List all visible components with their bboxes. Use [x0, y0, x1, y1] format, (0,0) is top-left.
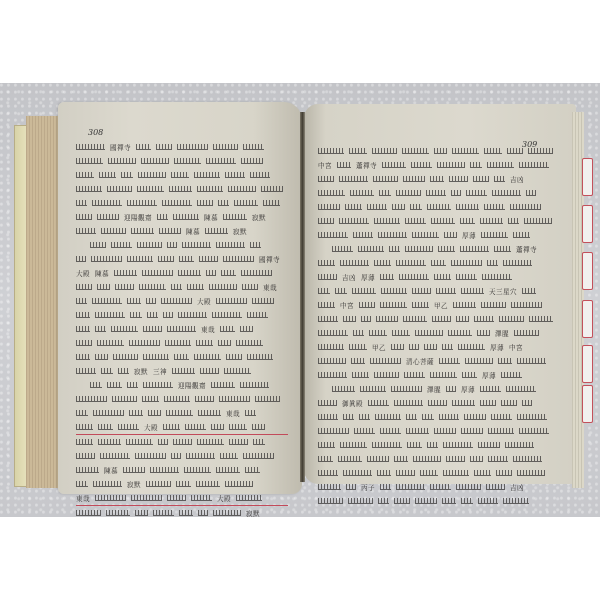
- handwriting-word: [484, 204, 505, 210]
- handwriting-word: [499, 316, 525, 322]
- handwriting-word: [138, 172, 166, 178]
- handwriting-word: [236, 495, 262, 501]
- handwriting-word: [206, 270, 216, 276]
- handwritten-line: 國禪寺: [76, 252, 288, 266]
- handwriting-word: [456, 316, 469, 322]
- handwriting-word: [430, 372, 457, 378]
- hanja-snippet: 東哉: [226, 408, 240, 418]
- handwriting-word: [97, 340, 124, 346]
- handwriting-word: [143, 354, 169, 360]
- handwriting-word: [373, 176, 398, 182]
- handwriting-word: [496, 470, 512, 476]
- handwriting-word: [430, 176, 444, 182]
- index-tab: [582, 205, 593, 243]
- handwriting-word: [100, 453, 130, 459]
- handwriting-word: [223, 256, 254, 262]
- handwriting-word: [171, 284, 182, 290]
- handwriting-word: [196, 481, 220, 487]
- handwritten-line: [318, 186, 558, 200]
- hanja-snippet: 吉凶: [510, 482, 524, 492]
- handwriting-word: [394, 456, 408, 462]
- handwriting-word: [76, 453, 95, 459]
- handwriting-word: [95, 354, 108, 360]
- handwriting-word: [197, 439, 224, 445]
- handwriting-word: [484, 148, 502, 154]
- handwritten-line: 東哉: [76, 406, 288, 420]
- handwriting-word: [178, 270, 201, 276]
- handwriting-word: [470, 456, 483, 462]
- handwriting-word: [146, 298, 156, 304]
- handwriting-word: [335, 288, 347, 294]
- handwriting-word: [173, 214, 199, 220]
- handwriting-word: [245, 467, 260, 473]
- handwriting-word: [137, 242, 162, 248]
- handwriting-word: [212, 312, 242, 318]
- handwritten-line: 國禪寺: [76, 140, 288, 154]
- handwriting-word: [461, 428, 483, 434]
- handwriting-word: [318, 288, 330, 294]
- hanja-snippet: 中宮: [340, 300, 354, 310]
- handwriting-word: [250, 242, 261, 248]
- handwriting-word: [147, 312, 158, 318]
- hanja-snippet: 陳慕: [95, 268, 109, 278]
- book-gutter: [300, 112, 305, 482]
- hanja-snippet: 中宮: [509, 342, 523, 352]
- handwritten-line: 澤腥厚薄: [318, 382, 558, 396]
- handwritten-line: 中宮蕭禪寺: [318, 158, 558, 172]
- handwriting-word: [510, 204, 541, 210]
- handwriting-word: [511, 302, 542, 308]
- handwriting-word: [369, 330, 387, 336]
- handwriting-word: [213, 510, 241, 516]
- handwriting-word: [198, 510, 208, 516]
- handwritten-line: [318, 438, 558, 452]
- handwritten-line: 蕭禪寺: [318, 242, 558, 256]
- index-tab: [582, 300, 593, 338]
- handwriting-word: [185, 424, 206, 430]
- handwriting-word: [359, 302, 375, 308]
- handwriting-word: [461, 498, 473, 504]
- handwritten-line: [318, 312, 558, 326]
- handwriting-word: [198, 410, 221, 416]
- handwritten-line: 寂默: [76, 477, 288, 491]
- handwriting-word: [437, 162, 465, 168]
- hanja-snippet: 大殿: [197, 296, 211, 306]
- handwriting-word: [360, 386, 386, 392]
- handwriting-word: [98, 439, 121, 445]
- handwriting-word: [174, 158, 201, 164]
- handwriting-word: [76, 510, 101, 516]
- handwriting-word: [218, 200, 229, 206]
- hanja-snippet: 陳慕: [204, 212, 218, 222]
- handwriting-word: [394, 400, 423, 406]
- handwriting-word: [95, 312, 125, 318]
- handwriting-word: [318, 330, 348, 336]
- hanja-snippet: 天三星穴: [489, 286, 517, 296]
- handwriting-word: [481, 232, 508, 238]
- handwriting-word: [225, 172, 245, 178]
- handwriting-word: [90, 382, 102, 388]
- handwriting-word: [169, 186, 191, 192]
- handwriting-word: [372, 148, 397, 154]
- hanja-snippet: 厚薄: [482, 370, 496, 380]
- handwriting-word: [150, 467, 179, 473]
- handwriting-word: [127, 382, 138, 388]
- handwriting-word: [165, 340, 191, 346]
- handwriting-word: [505, 442, 534, 448]
- handwriting-word: [338, 456, 362, 462]
- handwriting-word: [378, 498, 389, 504]
- hanja-snippet: 厚薄: [461, 384, 475, 394]
- hanja-snippet: 甲乙: [372, 342, 386, 352]
- handwriting-word: [345, 204, 362, 210]
- handwriting-word: [318, 148, 344, 154]
- handwriting-word: [339, 218, 369, 224]
- handwriting-word: [318, 204, 340, 210]
- handwriting-word: [452, 400, 475, 406]
- handwriting-word: [343, 316, 357, 322]
- handwriting-word: [434, 148, 448, 154]
- handwriting-word: [353, 232, 373, 238]
- handwriting-word: [255, 396, 280, 402]
- handwriting-word: [76, 144, 105, 150]
- handwriting-word: [460, 218, 475, 224]
- handwriting-word: [514, 330, 539, 336]
- handwriting-word: [431, 260, 446, 266]
- handwriting-word: [351, 358, 365, 364]
- handwritten-line: [318, 494, 558, 508]
- hanja-snippet: 御眞殿: [342, 398, 363, 408]
- hanja-snippet: 甲乙: [434, 300, 448, 310]
- handwriting-word: [76, 186, 102, 192]
- handwritten-line: 東哉: [76, 322, 288, 336]
- handwriting-word: [487, 260, 498, 266]
- handwriting-word: [135, 453, 166, 459]
- hanja-snippet: 澤腥: [427, 384, 441, 394]
- handwriting-word: [392, 330, 410, 336]
- handwriting-word: [171, 453, 181, 459]
- handwriting-word: [431, 218, 455, 224]
- handwriting-word: [448, 330, 472, 336]
- handwriting-word: [339, 176, 368, 182]
- handwriting-word: [396, 484, 425, 490]
- handwriting-word: [107, 382, 122, 388]
- handwriting-word: [197, 186, 223, 192]
- handwriting-word: [216, 242, 245, 248]
- handwriting-word: [142, 396, 159, 402]
- handwriting-word: [245, 410, 256, 416]
- handwritten-line: [318, 256, 558, 270]
- handwriting-word: [382, 162, 406, 168]
- handwritten-line: 甲乙厚薄中宮: [318, 340, 558, 354]
- hanja-snippet: 吉凶: [342, 272, 356, 282]
- hanja-snippet: 三神: [153, 366, 167, 376]
- hanja-snippet: 厚薄: [462, 230, 476, 240]
- handwriting-word: [173, 439, 192, 445]
- handwriting-word: [415, 498, 437, 504]
- handwriting-word: [517, 358, 546, 364]
- handwriting-word: [378, 232, 407, 238]
- left-page: 308 國禪寺迎陽觀齋陳慕寂默陳慕寂默國禪寺大殿陳慕東哉大殿東哉寂默三神迎陽觀齋…: [58, 102, 302, 494]
- handwriting-word: [76, 256, 86, 262]
- handwriting-word: [487, 162, 514, 168]
- handwriting-word: [195, 396, 214, 402]
- handwriting-word: [194, 172, 220, 178]
- handwriting-word: [517, 414, 547, 420]
- handwriting-word: [381, 288, 407, 294]
- handwriting-word: [432, 316, 452, 322]
- handwriting-word: [158, 439, 168, 445]
- handwriting-word: [488, 456, 508, 462]
- handwriting-word: [318, 358, 346, 364]
- handwriting-word: [453, 302, 476, 308]
- handwriting-word: [461, 288, 484, 294]
- handwriting-word: [174, 354, 189, 360]
- handwriting-word: [229, 439, 248, 445]
- handwriting-word: [412, 302, 429, 308]
- handwriting-word: [456, 484, 481, 490]
- handwriting-word: [405, 246, 433, 252]
- handwriting-word: [111, 242, 132, 248]
- handwriting-word: [522, 400, 532, 406]
- handwriting-word: [159, 228, 181, 234]
- handwriting-word: [164, 396, 190, 402]
- handwriting-word: [524, 218, 552, 224]
- handwriting-word: [318, 344, 344, 350]
- handwriting-word: [318, 372, 347, 378]
- handwriting-word: [118, 424, 139, 430]
- handwriting-word: [494, 176, 505, 182]
- handwriting-word: [157, 214, 168, 220]
- handwriting-word: [148, 410, 161, 416]
- hanja-snippet: 厚薄: [490, 342, 504, 352]
- handwriting-word: [480, 386, 501, 392]
- handwritten-line: [76, 238, 288, 252]
- handwriting-word: [118, 368, 129, 374]
- handwriting-word: [442, 344, 453, 350]
- handwriting-word: [350, 190, 374, 196]
- handwriting-word: [318, 274, 337, 280]
- handwritten-line: [76, 182, 288, 196]
- handwritten-line: [76, 392, 288, 406]
- handwritten-line: 天三星穴: [318, 284, 558, 298]
- handwriting-word: [376, 316, 398, 322]
- handwriting-word: [76, 368, 96, 374]
- handwriting-word: [76, 396, 107, 402]
- handwriting-word: [206, 158, 236, 164]
- handwriting-word: [404, 372, 425, 378]
- handwriting-word: [218, 340, 231, 346]
- handwriting-word: [221, 270, 236, 276]
- handwriting-word: [318, 316, 338, 322]
- handwriting-word: [403, 176, 425, 182]
- handwriting-word: [449, 176, 468, 182]
- handwriting-word: [480, 400, 496, 406]
- hanja-snippet: 國禪寺: [110, 142, 131, 152]
- handwriting-word: [228, 186, 256, 192]
- handwriting-word: [129, 410, 143, 416]
- handwriting-word: [76, 228, 96, 234]
- handwriting-word: [318, 470, 338, 476]
- handwritten-line: 大殿: [76, 294, 288, 308]
- handwriting-word: [76, 439, 93, 445]
- handwriting-word: [143, 326, 162, 332]
- handwriting-word: [452, 148, 479, 154]
- handwriting-word: [458, 344, 485, 350]
- handwriting-word: [76, 424, 93, 430]
- handwriting-word: [241, 158, 263, 164]
- handwriting-word: [97, 214, 119, 220]
- handwriting-word: [95, 326, 106, 332]
- handwriting-word: [250, 172, 270, 178]
- handwriting-word: [377, 470, 391, 476]
- handwriting-word: [176, 481, 191, 487]
- handwriting-word: [474, 316, 494, 322]
- hanja-snippet: 迎陽觀齋: [124, 212, 152, 222]
- hanja-snippet: 國禪寺: [259, 254, 280, 264]
- handwriting-word: [76, 200, 87, 206]
- handwriting-word: [196, 340, 213, 346]
- handwriting-word: [108, 158, 136, 164]
- handwritten-line: 清心菩薩: [318, 354, 558, 368]
- handwriting-word: [380, 274, 394, 280]
- handwritten-line: 御眞殿: [318, 396, 558, 410]
- handwriting-word: [488, 428, 514, 434]
- handwriting-word: [177, 144, 208, 150]
- handwritten-line: [318, 144, 558, 158]
- handwriting-word: [372, 442, 402, 448]
- index-tab: [582, 385, 593, 423]
- handwriting-word: [466, 190, 487, 196]
- handwriting-word: [93, 410, 124, 416]
- right-page: 309 中宮蕭禪寺吉凶厚薄蕭禪寺吉凶厚薄天三星穴中宮甲乙澤腥甲乙厚薄中宮清心菩薩…: [304, 104, 576, 484]
- handwritten-line: [76, 308, 288, 322]
- handwriting-word: [199, 256, 218, 262]
- left-page-text: 國禪寺迎陽觀齋陳慕寂默陳慕寂默國禪寺大殿陳慕東哉大殿東哉寂默三神迎陽觀齋東哉大殿…: [76, 140, 288, 520]
- handwritten-line: [76, 154, 288, 168]
- handwritten-line: 丙子吉凶: [318, 480, 558, 494]
- handwriting-word: [76, 312, 90, 318]
- handwriting-word: [406, 414, 417, 420]
- handwriting-word: [318, 456, 333, 462]
- handwriting-word: [478, 442, 500, 448]
- handwriting-word: [380, 302, 407, 308]
- handwritten-line: 中宮甲乙: [318, 298, 558, 312]
- handwriting-word: [243, 453, 274, 459]
- handwriting-word: [179, 510, 193, 516]
- hanja-snippet: 丙子: [361, 482, 375, 492]
- handwriting-word: [498, 358, 512, 364]
- handwriting-word: [247, 354, 273, 360]
- handwriting-word: [101, 368, 113, 374]
- handwriting-word: [76, 214, 92, 220]
- handwriting-word: [359, 414, 370, 420]
- handwriting-word: [352, 372, 369, 378]
- handwriting-word: [380, 428, 401, 434]
- handwriting-word: [434, 428, 456, 434]
- handwriting-word: [162, 200, 192, 206]
- handwriting-word: [434, 274, 451, 280]
- handwriting-word: [99, 172, 116, 178]
- handwriting-word: [426, 190, 446, 196]
- hanja-snippet: 厚薄: [361, 272, 375, 282]
- handwriting-word: [252, 424, 265, 430]
- hanja-snippet: 陳慕: [104, 465, 118, 475]
- hanja-snippet: 寂默: [134, 366, 148, 376]
- handwriting-word: [353, 330, 364, 336]
- handwriting-word: [318, 442, 335, 448]
- handwriting-word: [90, 242, 106, 248]
- hanja-snippet: 寂默: [127, 479, 141, 489]
- handwriting-word: [95, 495, 126, 501]
- handwritten-line: [76, 336, 288, 350]
- handwriting-word: [318, 498, 343, 504]
- handwriting-word: [209, 284, 237, 290]
- hanja-snippet: 陳慕: [186, 226, 200, 236]
- right-page-text: 中宮蕭禪寺吉凶厚薄蕭禪寺吉凶厚薄天三星穴中宮甲乙澤腥甲乙厚薄中宮清心菩薩厚薄澤腥…: [318, 144, 558, 508]
- handwriting-word: [374, 260, 391, 266]
- handwritten-line: 陳慕寂默: [76, 224, 288, 238]
- handwritten-line: 厚薄: [318, 368, 558, 382]
- handwriting-word: [106, 510, 130, 516]
- handwriting-word: [112, 396, 137, 402]
- handwriting-word: [131, 228, 154, 234]
- handwriting-word: [451, 190, 461, 196]
- handwriting-word: [352, 288, 376, 294]
- handwriting-word: [115, 284, 134, 290]
- handwriting-word: [76, 354, 90, 360]
- handwriting-word: [501, 372, 522, 378]
- handwriting-word: [503, 260, 532, 266]
- handwriting-word: [368, 400, 389, 406]
- handwriting-word: [171, 172, 189, 178]
- handwriting-word: [508, 218, 519, 224]
- handwritten-line: [318, 214, 558, 228]
- handwriting-word: [191, 495, 212, 501]
- hanja-snippet: 東哉: [263, 282, 277, 292]
- hanja-snippet: 迎陽觀齋: [178, 380, 206, 390]
- handwriting-word: [354, 428, 375, 434]
- handwriting-word: [438, 246, 455, 252]
- handwritten-line: [76, 196, 288, 210]
- handwriting-word: [361, 316, 371, 322]
- handwriting-word: [211, 382, 235, 388]
- handwriting-word: [142, 270, 173, 276]
- handwriting-word: [332, 246, 353, 252]
- handwriting-word: [427, 442, 438, 448]
- handwriting-word: [412, 288, 431, 294]
- handwriting-word: [519, 428, 549, 434]
- handwriting-word: [513, 456, 542, 462]
- handwriting-word: [503, 498, 529, 504]
- handwriting-word: [123, 467, 145, 473]
- handwriting-word: [482, 274, 512, 280]
- index-tab: [582, 345, 593, 383]
- handwriting-word: [226, 354, 242, 360]
- handwriting-word: [396, 260, 426, 266]
- handwriting-word: [131, 495, 162, 501]
- handwriting-word: [92, 200, 122, 206]
- handwriting-word: [137, 186, 164, 192]
- handwriting-word: [349, 344, 367, 350]
- handwriting-word: [261, 186, 283, 192]
- handwriting-word: [528, 148, 553, 154]
- handwritten-line: 東哉: [76, 280, 288, 294]
- handwriting-word: [405, 218, 426, 224]
- handwriting-word: [182, 242, 211, 248]
- handwritten-line: 吉凶厚薄: [318, 270, 558, 284]
- handwriting-word: [153, 510, 174, 516]
